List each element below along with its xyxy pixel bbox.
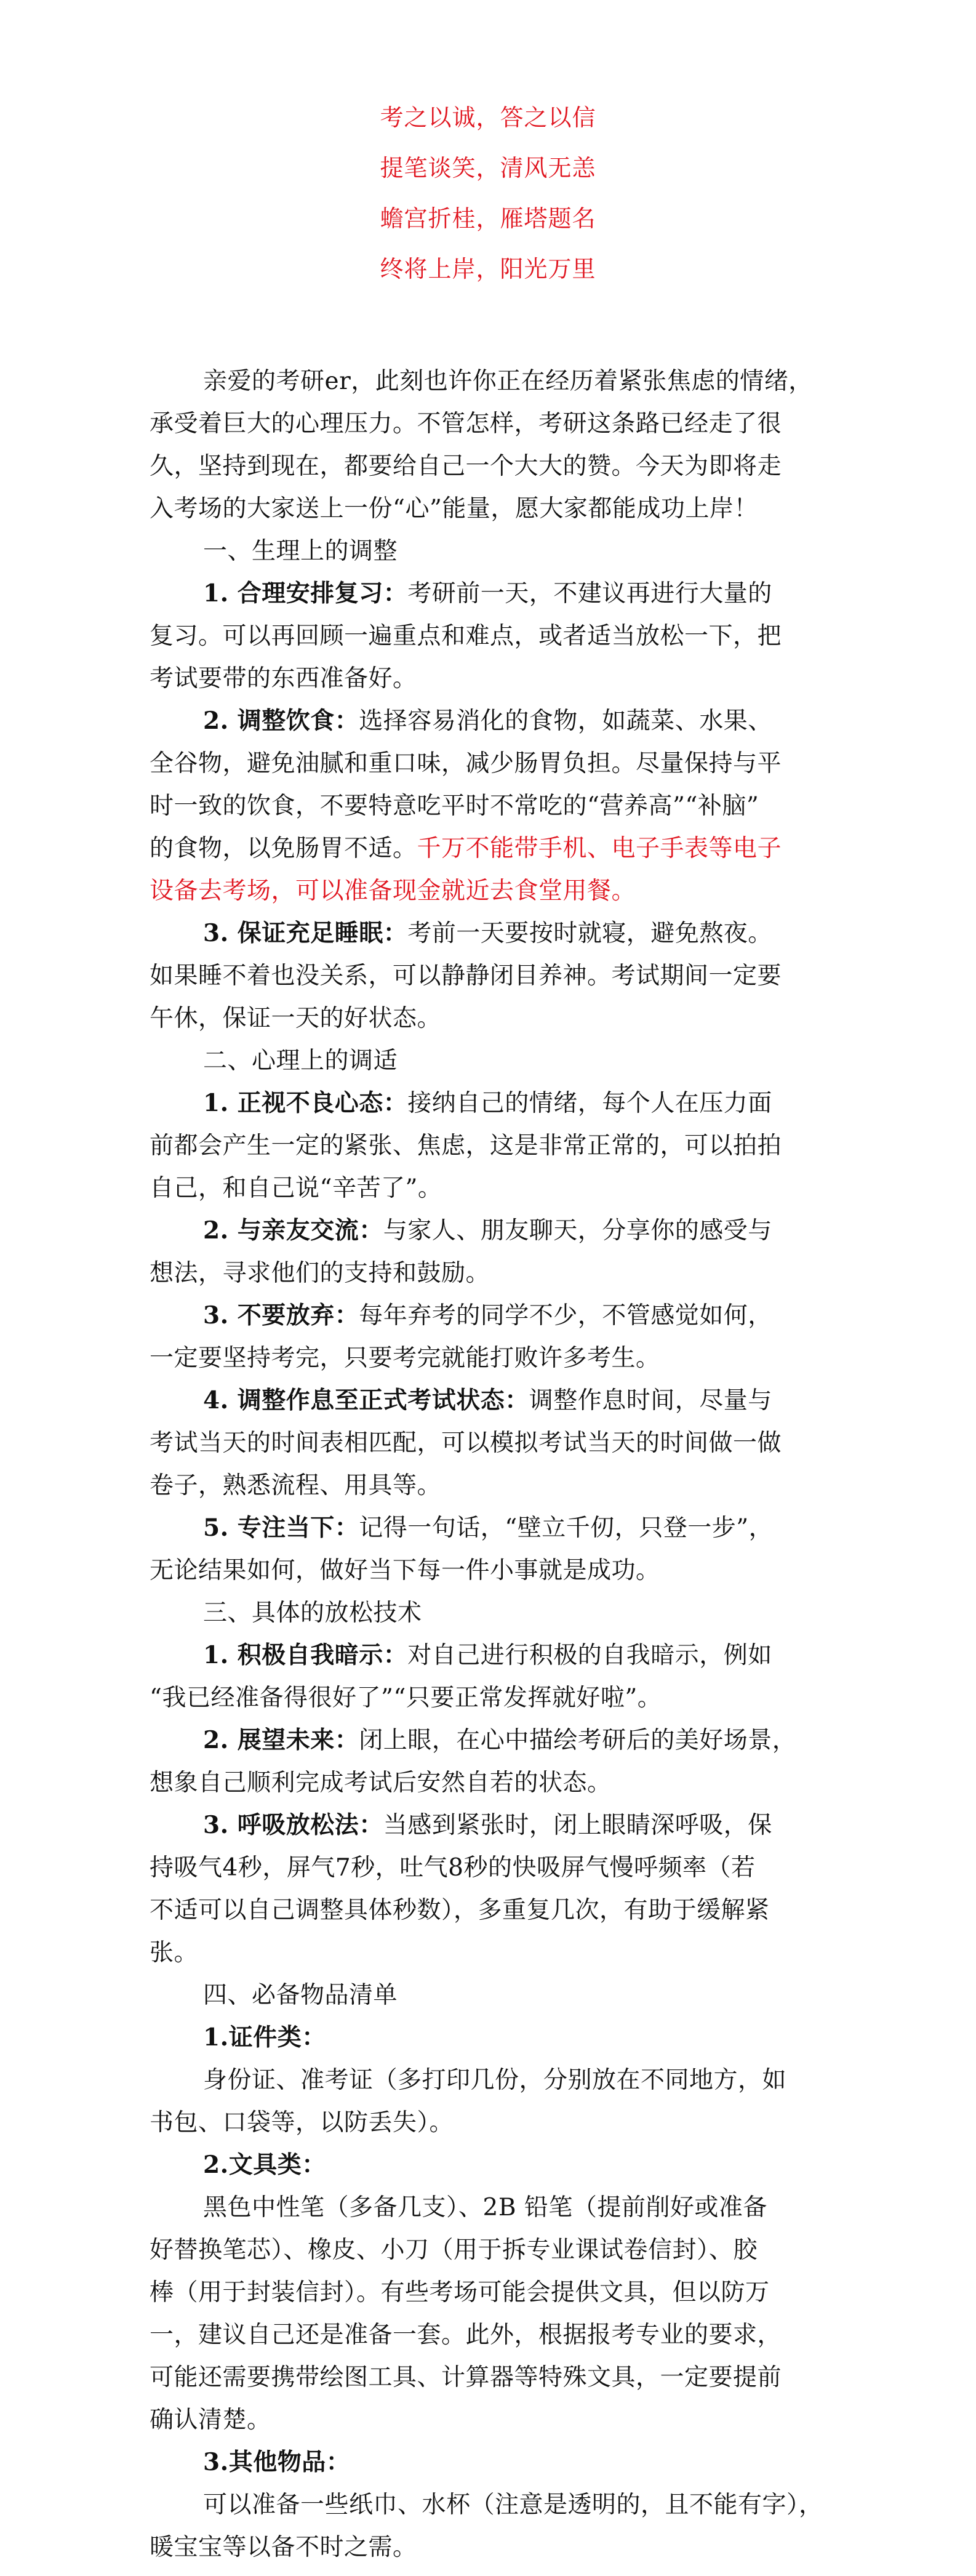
motto-line: 终将上岸，阳光万里 (0, 244, 976, 294)
checklist-group: 1.证件类： 身份证、准考证（多打印几份，分别放在不同地方，如 书包、口袋等，以… (150, 2016, 840, 2144)
text-line: 复习。可以再回顾一遍重点和难点，或者适当放松一下，把 (150, 615, 840, 657)
text-line: 当感到紧张时，闭上眼睛深呼吸，保 (383, 1812, 772, 1839)
text-line: 承受着巨大的心理压力。不管怎样，考研这条路已经走了很 (150, 403, 840, 445)
list-item: 3. 呼吸放松法：当感到紧张时，闭上眼睛深呼吸，保 持吸气4秒，屏气7秒，吐气8… (150, 1804, 840, 1974)
text-line: 时一致的饮食，不要特意吃平时不常吃的“营养高”“补脑” (150, 785, 840, 827)
checklist-group: 3.其他物品： 可以准备一些纸巾、水杯（注意是透明的，且不能有字）， 暖宝宝等以… (150, 2441, 840, 2569)
text-line: 身份证、准考证（多打印几份，分别放在不同地方，如 (150, 2059, 840, 2101)
motto-line: 提笔谈笑，清风无恙 (0, 143, 976, 193)
section-heading: 四、必备物品清单 (150, 1974, 840, 2016)
item-title: 4. 调整作息至正式考试状态： (203, 1386, 529, 1414)
list-item: 4. 调整作息至正式考试状态：调整作息时间，尽量与 考试当天的时间表相匹配，可以… (150, 1379, 840, 1507)
text-line: 接纳自己的情绪，每个人在压力面 (407, 1089, 772, 1117)
warning-text: 设备去考场，可以准备现金就近去食堂用餐。 (150, 870, 840, 912)
text-line: 考试要带的东西准备好。 (150, 657, 840, 700)
list-item: 1. 正视不良心态：接纳自己的情绪，每个人在压力面 前都会产生一定的紧张、焦虑，… (150, 1082, 840, 1210)
text-line: 考试当天的时间表相匹配，可以模拟考试当天的时间做一做 (150, 1422, 840, 1464)
text-line: 选择容易消化的食物，如蔬菜、水果、 (359, 707, 772, 735)
list-item: 2. 展望未来：闭上眼，在心中描绘考研后的美好场景， 想象自己顺利完成考试后安然… (150, 1719, 840, 1804)
text-line: 记得一句话，“壁立千仞，只登一步”， (359, 1514, 773, 1542)
group-title: 2.文具类： (150, 2144, 840, 2186)
group-title: 1.证件类： (150, 2016, 840, 2059)
item-title: 2. 展望未来： (203, 1726, 359, 1754)
text-line: 可以准备一些纸巾、水杯（注意是透明的，且不能有字）， (150, 2484, 840, 2526)
text-line: 卷子，熟悉流程、用具等。 (150, 1464, 840, 1507)
list-item: 5. 专注当下：记得一句话，“壁立千仞，只登一步”， 无论结果如何，做好当下每一… (150, 1507, 840, 1592)
text-line: 与家人、朋友聊天，分享你的感受与 (383, 1217, 772, 1245)
text-line: 考前一天要按时就寝，避免熬夜。 (407, 920, 772, 947)
list-item: 2. 调整饮食：选择容易消化的食物，如蔬菜、水果、 全谷物，避免油腻和重口味，减… (150, 700, 840, 912)
motto-block: 考之以诚，答之以信 提笔谈笑，清风无恙 蟾宫折桂，雁塔题名 终将上岸，阳光万里 (0, 92, 976, 294)
group-title: 3.其他物品： (150, 2441, 840, 2484)
item-title: 2. 调整饮食： (203, 707, 359, 735)
text-line: 黑色中性笔（多备几支）、2B 铅笔（提前削好或准备 (150, 2186, 840, 2229)
text-line: 自己，和自己说“辛苦了”。 (150, 1167, 840, 1210)
text-line: 想象自己顺利完成考试后安然自若的状态。 (150, 1762, 840, 1804)
text-line: 不适可以自己调整具体秒数），多重复几次，有助于缓解紧 (150, 1889, 840, 1932)
text-line: 确认清楚。 (150, 2399, 840, 2441)
text-line: 书包、口袋等，以防丢失）。 (150, 2101, 840, 2144)
item-title: 3. 保证充足睡眠： (203, 919, 407, 947)
text-line: 午休，保证一天的好状态。 (150, 997, 840, 1040)
article-body: 亲爱的考研er，此刻也许你正在经历着紧张焦虑的情绪， 承受着巨大的心理压力。不管… (150, 360, 840, 2569)
section-heading: 一、生理上的调整 (150, 530, 840, 572)
text-line: 无论结果如何，做好当下每一件小事就是成功。 (150, 1549, 840, 1592)
text-line: 每年弃考的同学不少，不管感觉如何， (359, 1302, 772, 1330)
list-item: 1. 合理安排复习：考研前一天，不建议再进行大量的 复习。可以再回顾一遍重点和难… (150, 572, 840, 700)
item-title: 2. 与亲友交流： (203, 1216, 383, 1245)
intro-paragraph: 亲爱的考研er，此刻也许你正在经历着紧张焦虑的情绪， 承受着巨大的心理压力。不管… (150, 360, 840, 530)
item-title: 1. 合理安排复习： (203, 579, 407, 608)
motto-line: 蟾宫折桂，雁塔题名 (0, 193, 976, 244)
warning-text: 千万不能带手机、电子手表等电子 (417, 835, 782, 862)
text-line: 如果睡不着也没关系，可以静静闭目养神。考试期间一定要 (150, 955, 840, 997)
item-title: 3. 呼吸放松法： (203, 1811, 383, 1839)
list-item: 3. 不要放弃：每年弃考的同学不少，不管感觉如何， 一定要坚持考完，只要考完就能… (150, 1294, 840, 1379)
text-line: 亲爱的考研er，此刻也许你正在经历着紧张焦虑的情绪， (150, 360, 840, 403)
list-item: 2. 与亲友交流：与家人、朋友聊天，分享你的感受与 想法，寻求他们的支持和鼓励。 (150, 1210, 840, 1294)
item-title: 5. 专注当下： (203, 1514, 359, 1542)
text-line: 对自己进行积极的自我暗示，例如 (407, 1642, 772, 1669)
list-item: 3. 保证充足睡眠：考前一天要按时就寝，避免熬夜。 如果睡不着也没关系，可以静静… (150, 912, 840, 1040)
text-line: 的食物，以免肠胃不适。 (150, 835, 417, 862)
text-line: 一定要坚持考完，只要考完就能打败许多考生。 (150, 1337, 840, 1379)
item-title: 1. 正视不良心态： (203, 1089, 407, 1117)
text-line: 考研前一天，不建议再进行大量的 (407, 580, 772, 608)
text-line: 张。 (150, 1932, 840, 1974)
text-line: 前都会产生一定的紧张、焦虑，这是非常正常的，可以拍拍 (150, 1125, 840, 1167)
motto-line: 考之以诚，答之以信 (0, 92, 976, 143)
text-line: 暖宝宝等以备不时之需。 (150, 2526, 840, 2569)
text-line: “我已经准备得很好了”“只要正常发挥就好啦”。 (150, 1677, 840, 1719)
text-line: 全谷物，避免油腻和重口味，减少肠胃负担。尽量保持与平 (150, 742, 840, 785)
text-line: 好替换笔芯）、橡皮、小刀（用于拆专业课试卷信封）、胶 (150, 2229, 840, 2271)
text-line: 闭上眼，在心中描绘考研后的美好场景， (359, 1727, 796, 1754)
text-line: 调整作息时间，尽量与 (529, 1387, 772, 1414)
section-heading: 二、心理上的调适 (150, 1040, 840, 1082)
text-line: 棒（用于封装信封）。有些考场可能会提供文具，但以防万 (150, 2271, 840, 2314)
item-title: 3. 不要放弃： (203, 1301, 359, 1330)
text-line: 一，建议自己还是准备一套。此外，根据报考专业的要求， (150, 2314, 840, 2356)
checklist-group: 2.文具类： 黑色中性笔（多备几支）、2B 铅笔（提前削好或准备 好替换笔芯）、… (150, 2144, 840, 2441)
text-line: 持吸气4秒，屏气7秒，吐气8秒的快吸屏气慢呼频率（若 (150, 1847, 840, 1889)
text-line: 可能还需要携带绘图工具、计算器等特殊文具，一定要提前 (150, 2356, 840, 2399)
list-item: 1. 积极自我暗示：对自己进行积极的自我暗示，例如 “我已经准备得很好了”“只要… (150, 1634, 840, 1719)
text-line: 久，坚持到现在，都要给自己一个大大的赞。今天为即将走 (150, 445, 840, 488)
text-line: 入考场的大家送上一份“心”能量，愿大家都能成功上岸！ (150, 488, 840, 530)
text-line: 想法，寻求他们的支持和鼓励。 (150, 1252, 840, 1294)
item-title: 1. 积极自我暗示： (203, 1641, 407, 1669)
section-heading: 三、具体的放松技术 (150, 1592, 840, 1634)
